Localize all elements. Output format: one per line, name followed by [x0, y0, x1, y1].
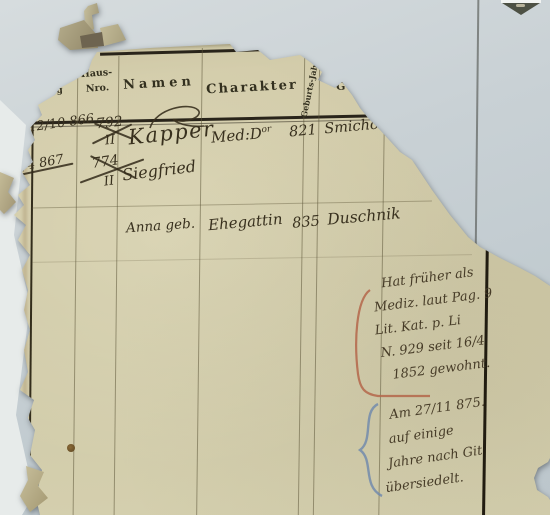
torn-edge-shading [23, 150, 27, 480]
entry-row3-birth-year: 835 [292, 213, 321, 231]
pencil-mark: p. [429, 139, 442, 154]
entry-row1-charakter: Med:Dor [210, 123, 272, 146]
header-label-charakter: Charakter [202, 77, 303, 97]
note-block-2: Am 27/11 875. auf einige Jahre nach Git … [374, 391, 497, 501]
entry-row3-name: Anna geb. [126, 216, 196, 237]
header-label-nro: Nro. [77, 80, 118, 98]
entry-row1-charakter-base: Med:D [210, 124, 262, 146]
entry-row2-firstname: Siegfried [121, 157, 197, 185]
entry-row1-date: 12/10 866 [27, 111, 95, 135]
entry-row2-date: 23/4 867 [5, 152, 65, 177]
torn-edge-shading [444, 177, 504, 232]
row-line [32, 254, 472, 263]
entry-row2-house-part: II [103, 173, 115, 189]
header-label-meldung: gten eldung [13, 73, 77, 100]
scanned-document: gten eldung Haus- Nro. Namen Charakter G… [0, 0, 550, 515]
torn-edge-shading [394, 108, 453, 172]
note-block-1: Hat früher als Mediz. laut Pag. 9 Lit. K… [368, 259, 502, 388]
table-top-border [100, 45, 370, 55]
torn-edge-shading [331, 56, 391, 100]
header-label-haus: Haus- [76, 65, 117, 83]
header-label-torn-next-column: G [336, 80, 345, 93]
ink-speck [338, 42, 341, 45]
torn-edge-shading [489, 240, 550, 269]
entry-row1-birth-year: 821 [288, 122, 317, 140]
entry-row1-charakter-sup: or [261, 124, 272, 135]
paper-fragment [0, 172, 18, 218]
paper-sheet: gten eldung Haus- Nro. Namen Charakter G… [0, 0, 550, 515]
ink-spot [67, 444, 75, 452]
header-label-namen: Namen [118, 74, 201, 93]
header-label-meldung-line2: eldung [14, 84, 77, 100]
left-border-line [28, 120, 33, 515]
paper-wrap: gten eldung Haus- Nro. Namen Charakter G… [0, 0, 550, 515]
entry-row3-birth: 835 Duschnik [291, 204, 401, 231]
header-label-haus-nro: Haus- Nro. [76, 65, 118, 98]
entry-row3-birth-place: Duschnik [327, 204, 402, 228]
entry-row1-birth-place: Smichow [324, 116, 392, 138]
entry-row3-charakter: Ehegattin [207, 210, 283, 234]
